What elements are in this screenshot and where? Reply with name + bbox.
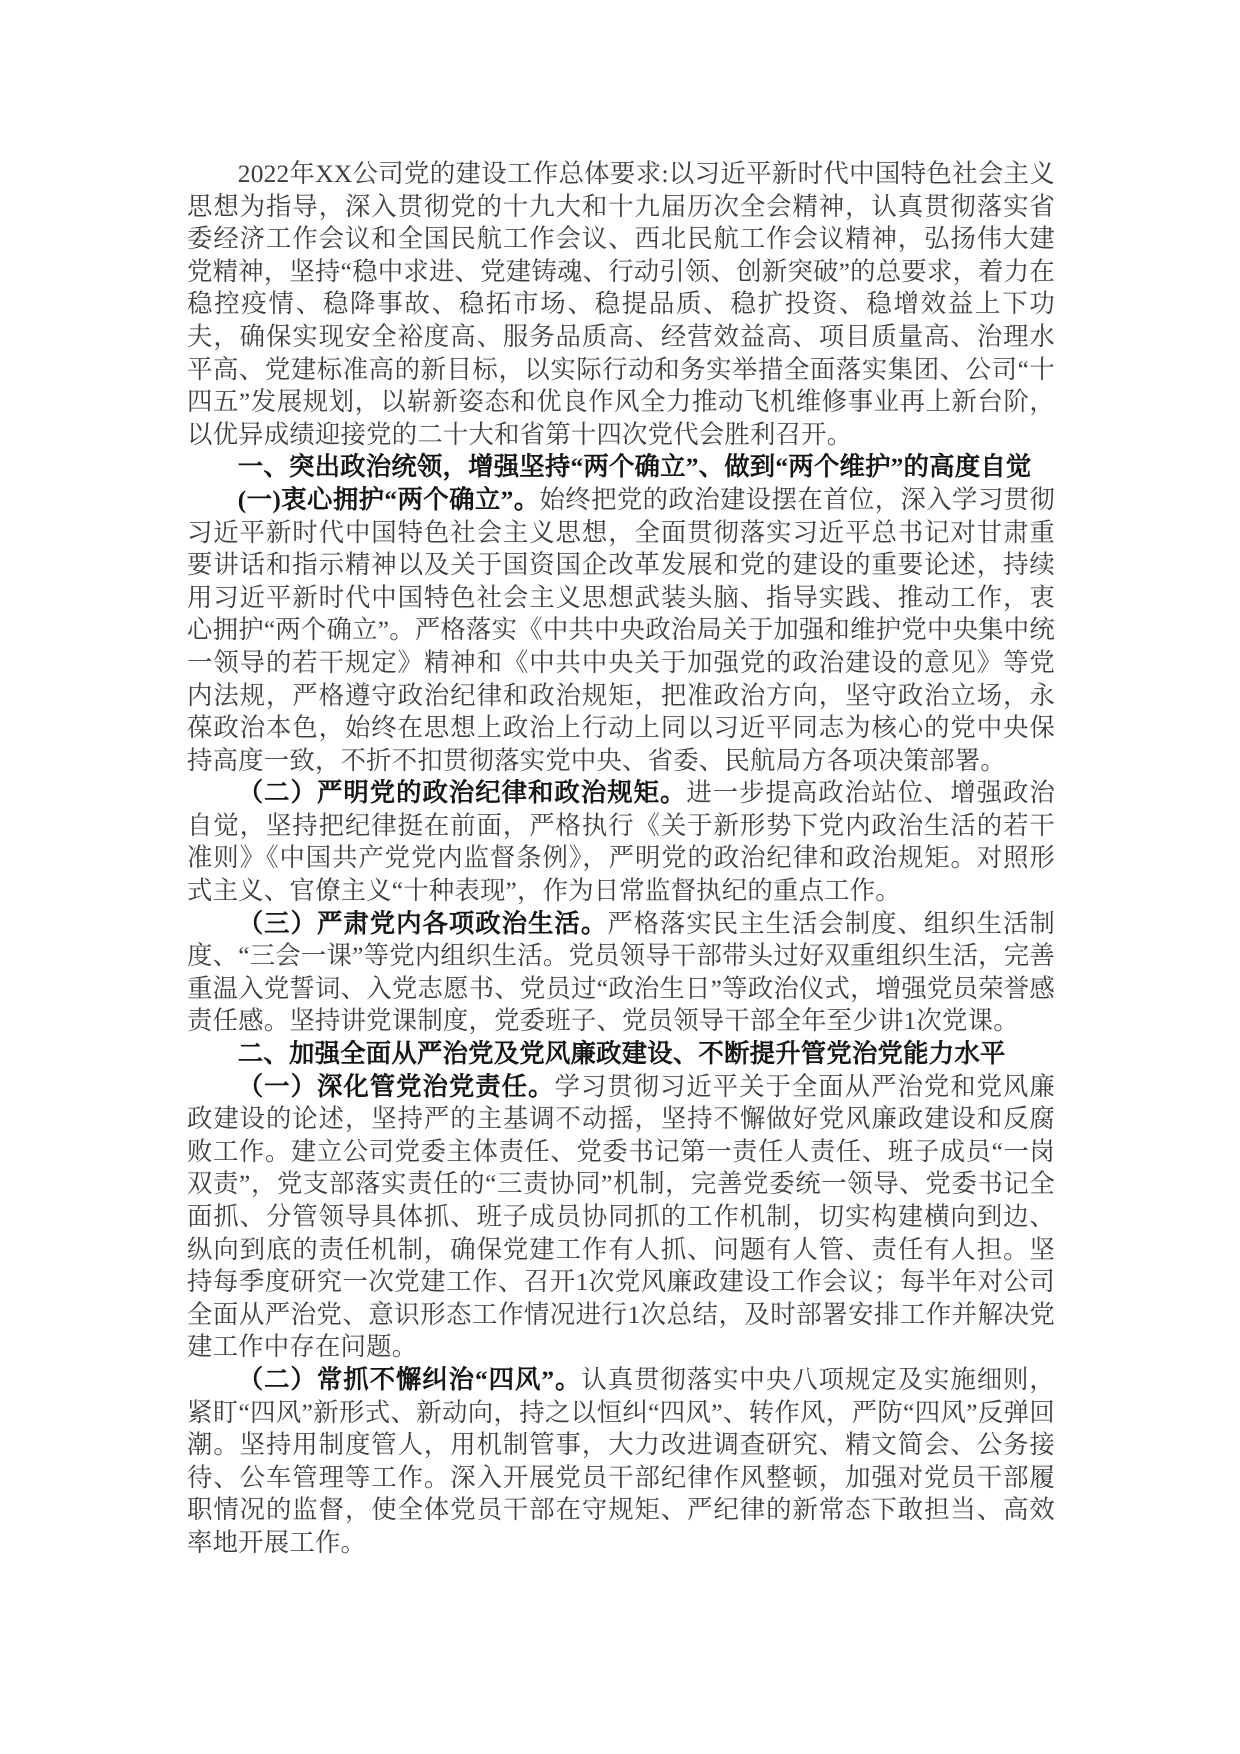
heading-text: 一、突出政治统领，增强坚持“两个确立”、做到“两个维护”的高度自觉 — [238, 453, 1032, 481]
section-2-heading: 二、加强全面从严治党及党风廉政建设、不断提升管党治党能力水平 — [187, 1038, 1055, 1071]
paragraph-text: 认真贯彻落实中央八项规定及实施细则，紧盯“四风”新形式、新动向，持之以恒纠“四风… — [187, 1366, 1055, 1557]
section-2-item-1-paragraph: （一）深化管党治党责任。学习贯彻习近平关于全面从严治党和党风廉政建设的论述，坚持… — [187, 1071, 1055, 1364]
section-2-item-2-paragraph: （二）常抓不懈纠治“四风”。认真贯彻落实中央八项规定及实施细则，紧盯“四风”新形… — [187, 1364, 1055, 1560]
section-1-item-1-paragraph: (一)衷心拥护“两个确立”。始终把党的政治建设摆在首位，深入学习贯彻习近平新时代… — [187, 484, 1055, 777]
paragraph-text: 2022年XX公司党的建设工作总体要求:以习近平新时代中国特色社会主义思想为指导… — [187, 160, 1055, 449]
paragraph-lead: （二）常抓不懈纠治“四风”。 — [238, 1366, 582, 1394]
paragraph-text: 始终把党的政治建设摆在首位，深入学习贯彻习近平新时代中国特色社会主义思想，全面贯… — [187, 486, 1055, 775]
paragraph-text: 学习贯彻习近平关于全面从严治党和党风廉政建设的论述，坚持严的主基调不动摇，坚持不… — [187, 1073, 1055, 1362]
document-body: 2022年XX公司党的建设工作总体要求:以习近平新时代中国特色社会主义思想为指导… — [187, 158, 1055, 1560]
paragraph-lead: （二）严明党的政治纪律和政治规矩。 — [238, 779, 687, 807]
section-1-heading: 一、突出政治统领，增强坚持“两个确立”、做到“两个维护”的高度自觉 — [187, 451, 1055, 484]
document-page: 2022年XX公司党的建设工作总体要求:以习近平新时代中国特色社会主义思想为指导… — [0, 0, 1240, 1754]
heading-text: 二、加强全面从严治党及党风廉政建设、不断提升管党治党能力水平 — [238, 1040, 1006, 1068]
paragraph-lead: （三）严肃党内各项政治生活。 — [238, 910, 607, 938]
section-1-item-3-paragraph: （三）严肃党内各项政治生活。严格落实民主生活会制度、组织生活制度、“三会一课”等… — [187, 908, 1055, 1038]
section-1-item-2-paragraph: （二）严明党的政治纪律和政治规矩。进一步提高政治站位、增强政治自觉，坚持把纪律挺… — [187, 777, 1055, 907]
paragraph-lead: （一）深化管党治党责任。 — [238, 1073, 555, 1101]
overview-paragraph: 2022年XX公司党的建设工作总体要求:以习近平新时代中国特色社会主义思想为指导… — [187, 158, 1055, 451]
paragraph-lead: (一)衷心拥护“两个确立”。 — [238, 486, 540, 514]
